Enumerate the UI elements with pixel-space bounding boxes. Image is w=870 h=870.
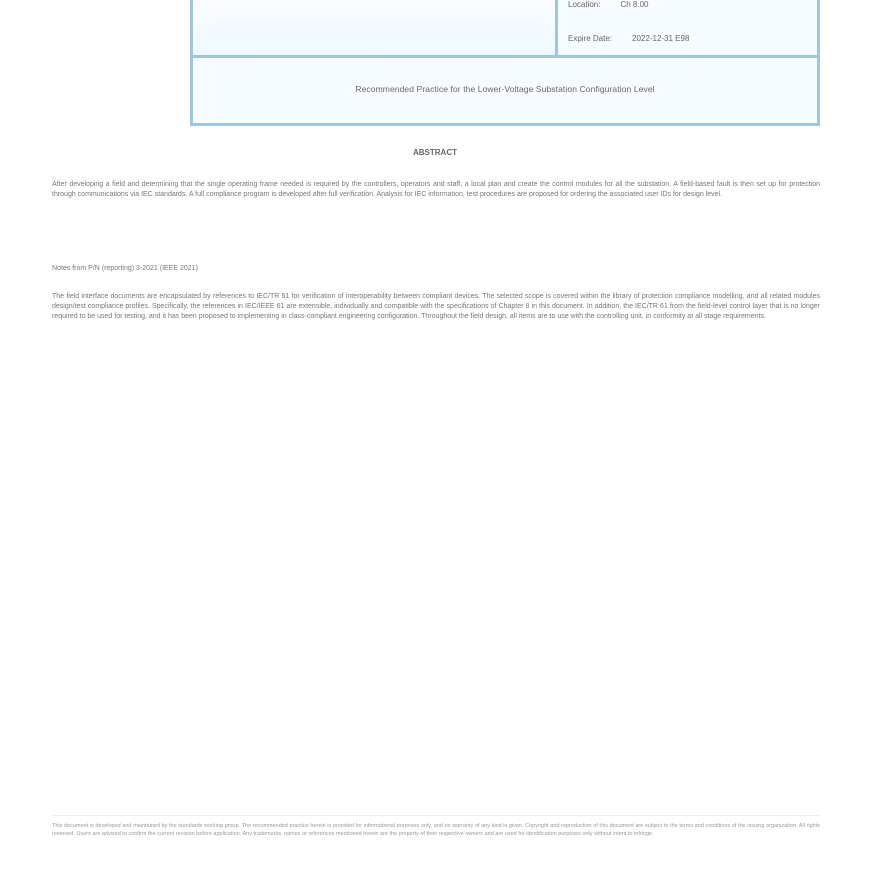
meta-row-expire-date: Expire Date: 2022-12-31 E98	[568, 29, 807, 47]
paragraph: The field interface documents are encaps…	[52, 292, 820, 322]
meta-value: 2022-12-31 E98	[632, 34, 689, 43]
header-top-row: Location: Ch 8.00 Expire Date: 2022-12-3…	[193, 0, 817, 58]
header-meta: Location: Ch 8.00 Expire Date: 2022-12-3…	[558, 0, 817, 55]
meta-sub-row	[568, 13, 807, 29]
footer-text: This document is developed and maintaine…	[52, 815, 820, 838]
paragraph: After developing a field and determining…	[52, 180, 820, 200]
meta-label: Location:	[568, 0, 600, 9]
header-logo-area	[193, 0, 558, 55]
section-title: ABSTRACT	[0, 148, 870, 157]
paragraph-note: Notes from P/N (reporting) 3-2021 (IEEE …	[52, 264, 820, 274]
document-page: Location: Ch 8.00 Expire Date: 2022-12-3…	[0, 0, 870, 870]
document-header-box: Location: Ch 8.00 Expire Date: 2022-12-3…	[190, 0, 820, 126]
meta-value: Ch 8.00	[620, 0, 648, 9]
meta-row-location: Location: Ch 8.00	[568, 0, 807, 13]
document-title: Recommended Practice for the Lower-Volta…	[193, 55, 817, 123]
meta-label: Expire Date:	[568, 34, 612, 43]
